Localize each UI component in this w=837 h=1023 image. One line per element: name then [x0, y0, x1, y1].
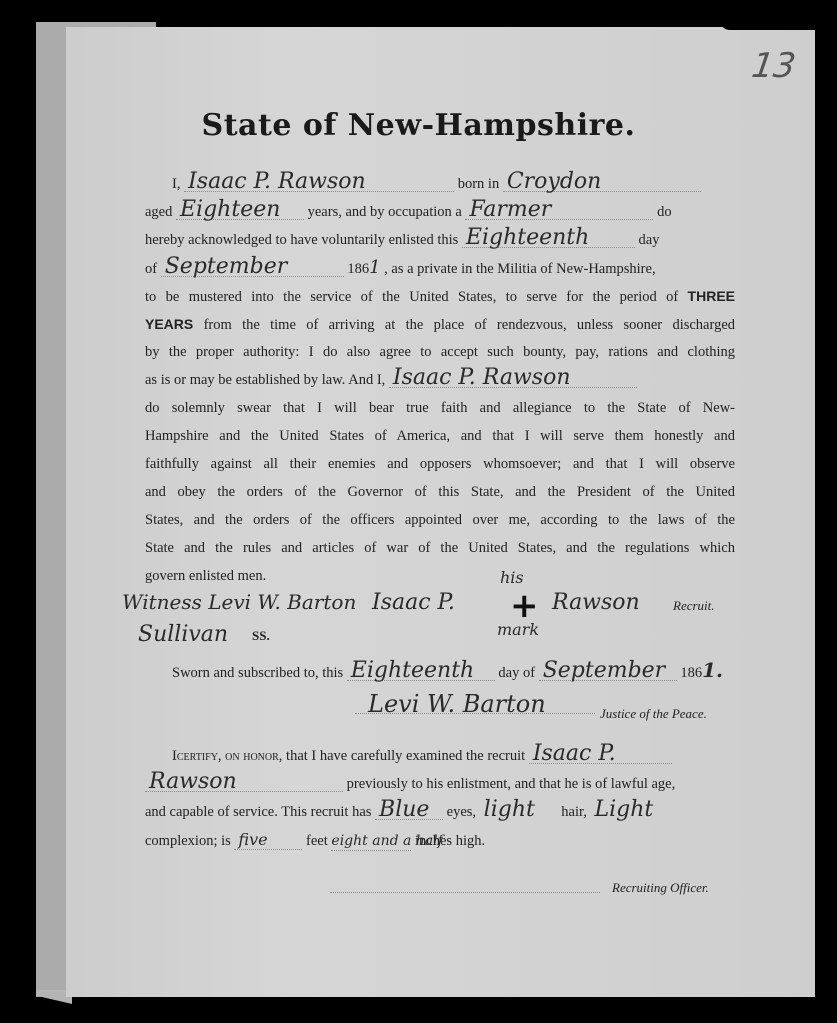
enlistment-line-13: States, and the orders of the officers a…	[145, 508, 735, 532]
year-digit-field: 1	[369, 257, 380, 278]
birthplace-field: Croydon	[503, 173, 701, 192]
enlistment-line-6: YEARS from the time of arriving at the p…	[145, 312, 735, 336]
oath-name-field: Isaac P. Rawson	[389, 369, 637, 388]
recruiting-officer-label: Recruiting Officer.	[612, 880, 709, 896]
his-text: his	[500, 568, 524, 587]
text-lawful-age: previously to his enlistment, and that h…	[347, 776, 676, 792]
enlistment-line-1: I, Isaac P. Rawson born in Croydon	[172, 172, 735, 196]
enlistment-month-field: September	[161, 258, 344, 277]
enlistment-line-9: do solemnly swear that I will bear true …	[145, 396, 735, 420]
enlistment-line-2: aged Eighteen years, and by occupation a…	[145, 200, 735, 224]
witness-signature: Witness Levi W. Barton	[122, 590, 356, 614]
text-sworn: Sworn and subscribed to, this	[172, 665, 343, 681]
text-complexion: complexion; is	[145, 833, 231, 849]
cert-recruit-first-field: Isaac P.	[529, 745, 672, 764]
hair-color-field: light	[480, 801, 558, 819]
text-aged: aged	[145, 204, 172, 220]
text-rendezvous: from the time of arriving at the place o…	[204, 317, 735, 333]
enlistment-day-field: Eighteenth	[462, 229, 635, 248]
eye-color-field: Blue	[375, 801, 443, 820]
text-hair: hair,	[561, 804, 587, 820]
text-born-in: born in	[458, 176, 499, 192]
text-recruit-has: and capable of service. This recruit has	[145, 804, 371, 820]
oath-year-prefix: 186	[680, 665, 702, 681]
age-field: Eighteen	[176, 201, 304, 220]
occupation-field: Farmer	[465, 201, 653, 220]
enlistment-line-4: of September 1861 , as a private in the …	[145, 256, 735, 280]
recruit-label: Recruit.	[673, 598, 715, 614]
text-private-militia: , as a private in the Militia of New-Ham…	[384, 261, 655, 277]
text-do: do	[657, 204, 672, 220]
enlistment-line-11: faithfully against all their enemies and…	[145, 452, 735, 476]
certificate-line-2: Rawson previously to his enlistment, and…	[145, 772, 735, 796]
document-title: State of New-Hampshire.	[0, 108, 837, 143]
recruiting-officer-signature-line	[330, 892, 600, 893]
text-day: day	[639, 232, 660, 248]
enlistment-line-7: by the proper authority: I do also agree…	[145, 340, 735, 364]
oath-month-field: September	[539, 662, 677, 681]
cert-recruit-last-field: Rawson	[145, 773, 343, 792]
text-day-of: day of	[498, 665, 535, 681]
page-torn-corner	[720, 18, 830, 30]
folio-number: 13	[749, 46, 798, 86]
term-years: YEARS	[145, 316, 193, 332]
county-handwritten: Sullivan	[138, 622, 228, 647]
certificate-line-3: and capable of service. This recruit has…	[145, 800, 765, 824]
certificate-line-4: complexion; is five feet eight and a hal…	[145, 829, 735, 853]
enlistment-line-14: State and the rules and articles of war …	[145, 536, 735, 560]
recruit-name-field: Isaac P. Rawson	[184, 173, 454, 192]
text-of: of	[145, 261, 157, 277]
enlistment-line-10: Hampshire and the United States of Ameri…	[145, 424, 735, 448]
oath-year-digit: 1.	[702, 658, 723, 682]
enlistment-line-3: hereby acknowledged to have voluntarily …	[145, 228, 735, 252]
enlistment-line-15: govern enlisted men.	[145, 564, 735, 588]
text-occupation: years, and by occupation a	[308, 204, 462, 220]
enlistment-line-8: as is or may be established by law. And …	[145, 368, 735, 392]
height-inches-field: eight and a half	[331, 832, 411, 851]
height-feet-field: five	[234, 831, 302, 850]
text-certify-on-honor: certify, on honor,	[177, 748, 283, 764]
oath-day-field: Eighteenth	[347, 662, 495, 681]
ss-label: SS.	[252, 628, 270, 644]
text-eyes: eyes,	[447, 804, 476, 820]
justice-signature: Levi W. Barton	[368, 690, 546, 718]
text-examined: that I have carefully examined the recru…	[286, 748, 525, 764]
text-i: I,	[172, 176, 180, 192]
mark-text: mark	[497, 620, 539, 639]
text-mustered: to be mustered into the service of the U…	[145, 289, 678, 305]
oath-line: Sworn and subscribed to, this Eighteenth…	[172, 658, 742, 682]
recruit-first-name-handwritten: Isaac P.	[372, 590, 455, 615]
enlistment-line-12: and obey the orders of the Governor of t…	[145, 480, 735, 504]
text-enlisted: hereby acknowledged to have voluntarily …	[145, 232, 458, 248]
complexion-field: Light	[591, 801, 679, 819]
recruit-last-name-handwritten: Rawson	[552, 590, 640, 615]
text-and-i: as is or may be established by law. And …	[145, 372, 385, 388]
justice-label: Justice of the Peace.	[600, 706, 707, 722]
year-prefix: 186	[347, 261, 369, 277]
certificate-line-1: Icertify, on honor, that I have carefull…	[172, 744, 742, 768]
term-three: THREE	[688, 288, 735, 304]
text-feet: feet	[306, 833, 328, 849]
enlistment-line-5: to be mustered into the service of the U…	[145, 284, 735, 308]
